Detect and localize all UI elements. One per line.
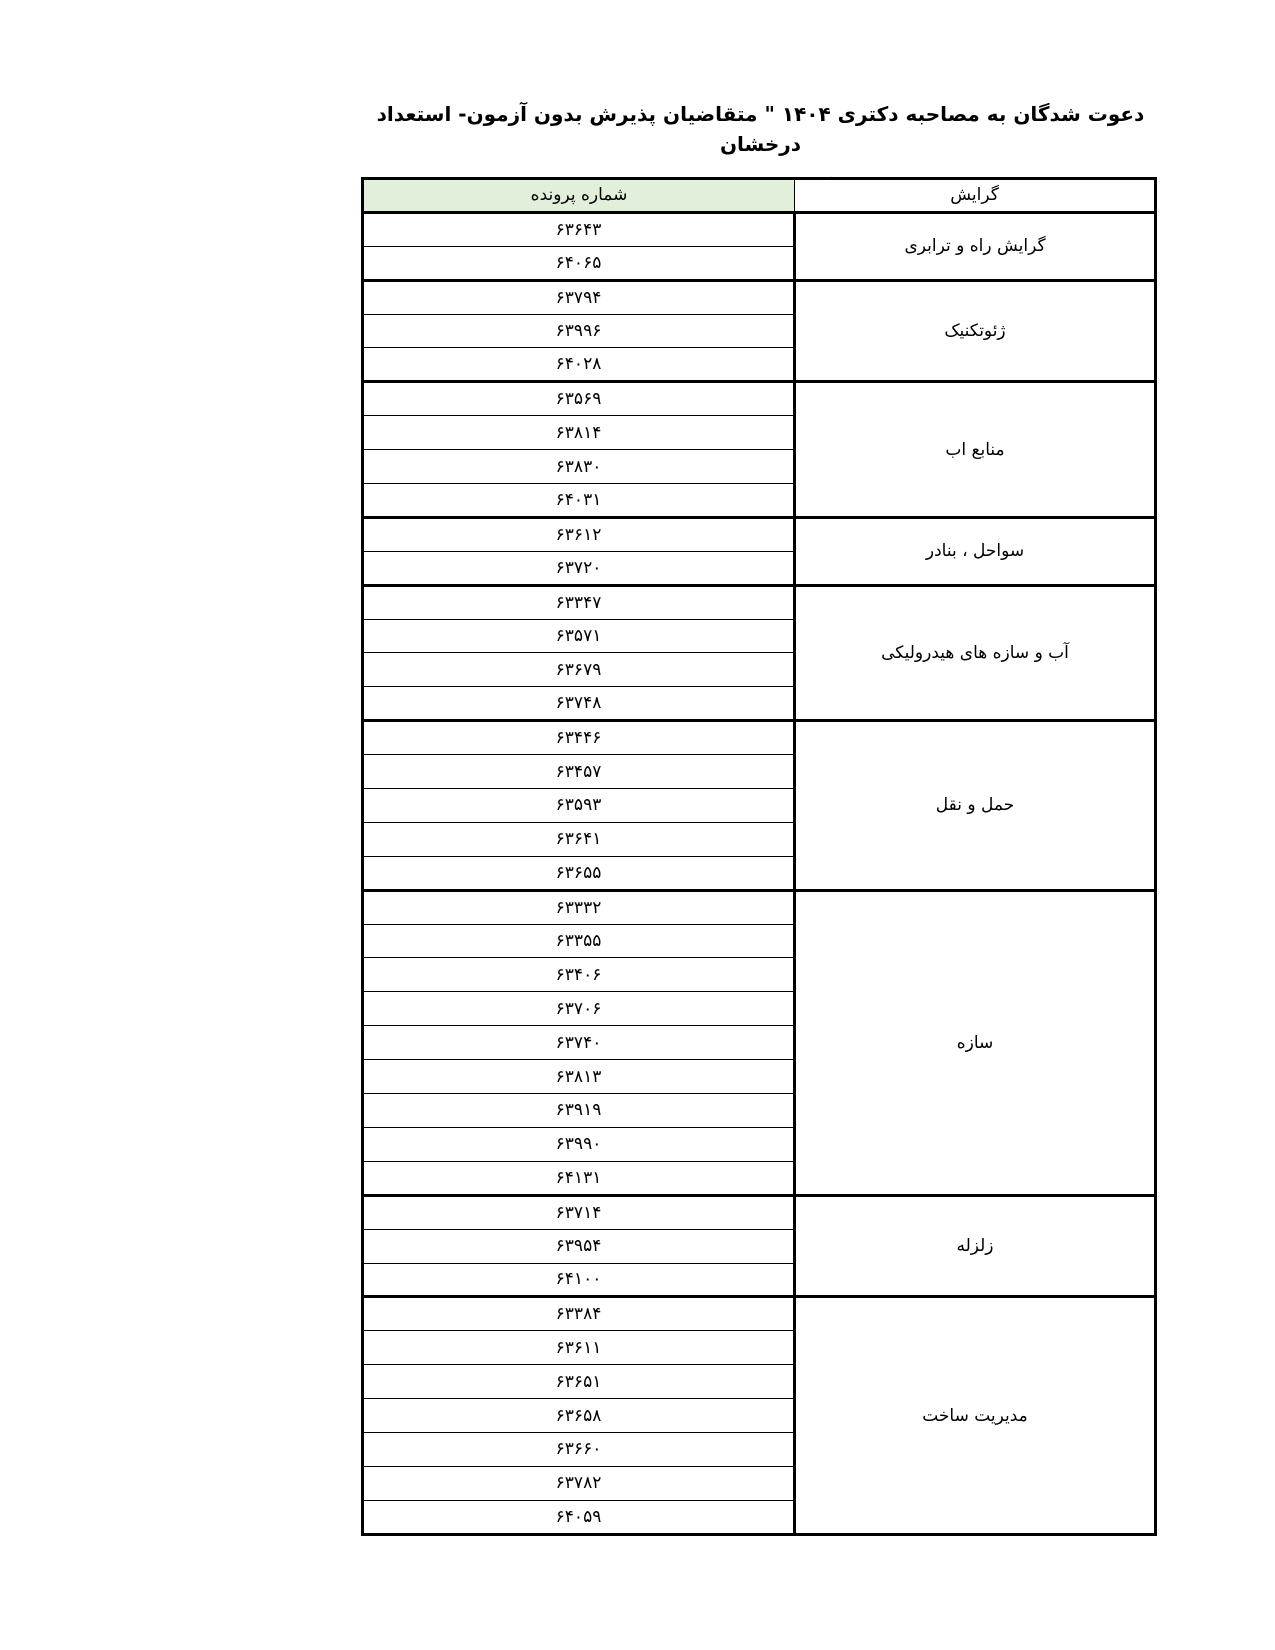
- file-number-cell: ۶۳۸۱۴: [363, 416, 795, 450]
- file-number-cell: ۶۳۶۵۸: [363, 1399, 795, 1433]
- major-cell: ژئوتکنیک: [795, 280, 1156, 382]
- table-row: حمل و نقل۶۳۴۴۶: [363, 721, 1156, 755]
- major-cell: سازه: [795, 890, 1156, 1195]
- major-cell: سواحل ، بنادر: [795, 517, 1156, 585]
- doc-title-line-1: دعوت شدگان به مصاحبه دکتری ۱۴۰۴ " متقاضی…: [364, 99, 1157, 159]
- table-header-row: گرایش شماره پرونده: [363, 179, 1156, 213]
- table-body: گرایش راه و ترابری۶۳۶۴۳۶۴۰۶۵ژئوتکنیک۶۳۷۹…: [363, 212, 1156, 1534]
- file-number-cell: ۶۳۴۵۷: [363, 755, 795, 789]
- file-number-cell: ۶۳۶۷۹: [363, 653, 795, 687]
- file-number-cell: ۶۳۴۴۶: [363, 721, 795, 755]
- file-number-cell: ۶۳۳۵۵: [363, 924, 795, 958]
- table-row: مدیریت ساخت۶۳۳۸۴: [363, 1297, 1156, 1331]
- file-number-cell: ۶۳۹۹۰: [363, 1127, 795, 1161]
- major-cell: آب و سازه های هیدرولیکی: [795, 585, 1156, 721]
- file-number-cell: ۶۳۸۳۰: [363, 450, 795, 484]
- file-number-cell: ۶۴۰۶۵: [363, 246, 795, 280]
- file-number-cell: ۶۳۶۴۳: [363, 212, 795, 246]
- table-row: سازه۶۳۳۳۲: [363, 890, 1156, 924]
- major-cell: گرایش راه و ترابری: [795, 212, 1156, 280]
- file-number-cell: ۶۳۹۹۶: [363, 314, 795, 348]
- file-number-cell: ۶۳۷۲۰: [363, 551, 795, 585]
- file-number-cell: ۶۴۰۲۸: [363, 348, 795, 382]
- table-row: زلزله۶۳۷۱۴: [363, 1195, 1156, 1229]
- table-row: گرایش راه و ترابری۶۳۶۴۳: [363, 212, 1156, 246]
- major-cell: منابع اب: [795, 382, 1156, 518]
- file-number-cell: ۶۳۹۵۴: [363, 1229, 795, 1263]
- file-number-cell: ۶۳۳۸۴: [363, 1297, 795, 1331]
- major-cell: حمل و نقل: [795, 721, 1156, 890]
- file-number-cell: ۶۳۷۸۲: [363, 1466, 795, 1500]
- file-number-cell: ۶۴۰۳۱: [363, 484, 795, 518]
- file-number-cell: ۶۳۷۹۴: [363, 280, 795, 314]
- file-number-cell: ۶۳۵۹۳: [363, 789, 795, 823]
- file-number-cell: ۶۴۱۳۱: [363, 1161, 795, 1195]
- document-page: دعوت شدگان به مصاحبه دکتری ۱۴۰۴ " متقاضی…: [0, 0, 1275, 1650]
- file-number-cell: ۶۳۶۱۱: [363, 1331, 795, 1365]
- major-cell: زلزله: [795, 1195, 1156, 1297]
- file-number-cell: ۶۳۶۶۰: [363, 1432, 795, 1466]
- file-number-cell: ۶۳۳۴۷: [363, 585, 795, 619]
- table-row: آب و سازه های هیدرولیکی۶۳۳۴۷: [363, 585, 1156, 619]
- file-number-cell: ۶۳۴۰۶: [363, 958, 795, 992]
- table-row: سواحل ، بنادر۶۳۶۱۲: [363, 517, 1156, 551]
- file-number-cell: ۶۳۹۱۹: [363, 1094, 795, 1128]
- header-file-number: شماره پرونده: [363, 179, 795, 213]
- file-number-cell: ۶۳۵۶۹: [363, 382, 795, 416]
- file-number-cell: ۶۳۷۴۸: [363, 687, 795, 721]
- file-number-cell: ۶۳۳۳۲: [363, 890, 795, 924]
- file-number-cell: ۶۳۶۵۱: [363, 1365, 795, 1399]
- table-row: ژئوتکنیک۶۳۷۹۴: [363, 280, 1156, 314]
- file-number-cell: ۶۳۷۴۰: [363, 1026, 795, 1060]
- file-number-cell: ۶۴۱۰۰: [363, 1263, 795, 1297]
- table-row: منابع اب۶۳۵۶۹: [363, 382, 1156, 416]
- file-number-cell: ۶۳۷۱۴: [363, 1195, 795, 1229]
- file-number-cell: ۶۴۰۵۹: [363, 1500, 795, 1534]
- file-number-cell: ۶۳۶۵۵: [363, 856, 795, 890]
- file-number-cell: ۶۳۸۱۳: [363, 1060, 795, 1094]
- header-major: گرایش: [795, 179, 1156, 213]
- file-number-cell: ۶۳۵۷۱: [363, 619, 795, 653]
- file-number-cell: ۶۳۷۰۶: [363, 992, 795, 1026]
- file-number-cell: ۶۳۶۴۱: [363, 822, 795, 856]
- major-cell: مدیریت ساخت: [795, 1297, 1156, 1534]
- invitees-table: گرایش شماره پرونده گرایش راه و ترابری۶۳۶…: [361, 177, 1157, 1536]
- file-number-cell: ۶۳۶۱۲: [363, 517, 795, 551]
